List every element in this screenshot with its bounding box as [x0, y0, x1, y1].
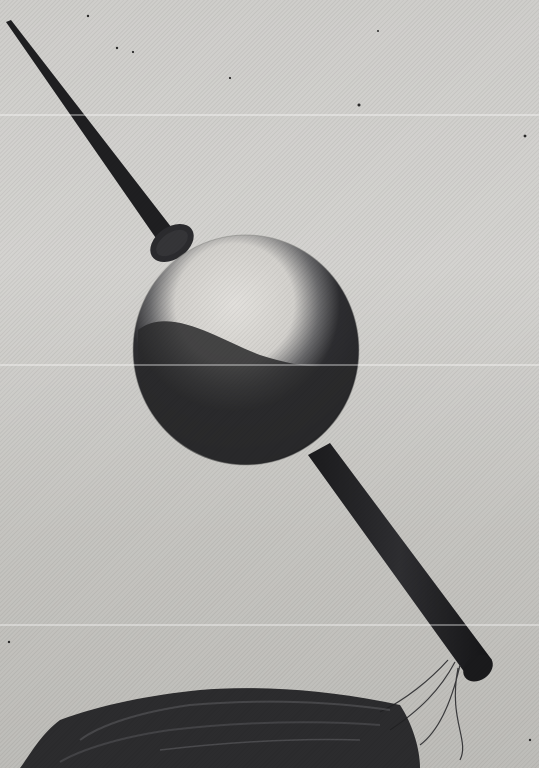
scan-line	[0, 624, 539, 626]
photograph	[0, 0, 539, 768]
upper-spike	[6, 20, 175, 244]
sphere	[133, 235, 359, 465]
lower-shaft	[308, 443, 492, 680]
scan-line	[0, 114, 539, 116]
scan-line	[0, 364, 539, 366]
tassel	[20, 688, 420, 768]
